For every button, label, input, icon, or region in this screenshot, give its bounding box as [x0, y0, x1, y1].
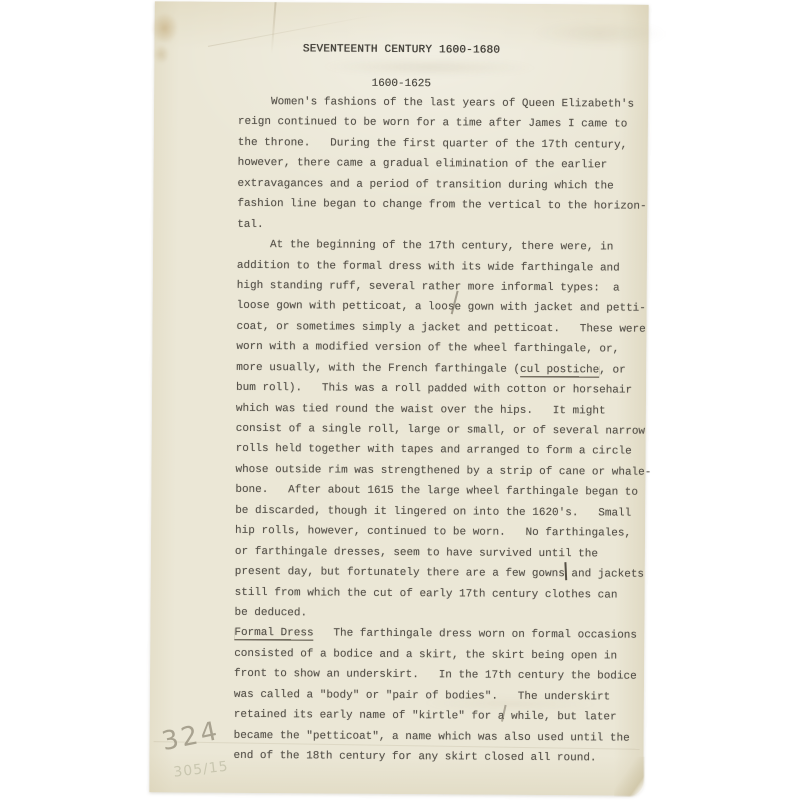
document-page: SEVENTEENTH CENTURY 1600-1680 1600-1625 …	[149, 1, 649, 795]
section-heading: 1600-1625	[371, 78, 431, 90]
typed-text-segment: , or	[599, 364, 625, 376]
typed-line: loose gown with petticoat, a loose gown …	[237, 296, 657, 319]
title-block: SEVENTEENTH CENTURY 1600-1680	[154, 37, 648, 58]
typed-line: be discarded, though it lingered on into…	[235, 501, 655, 524]
typed-line: addition to the formal dress with its wi…	[237, 255, 657, 278]
typed-line: present day, but fortunately there are a…	[235, 562, 655, 585]
underlined-phrase: Formal Dress	[234, 627, 313, 640]
typed-line: whose outside rim was strengthened by a …	[235, 460, 655, 483]
typed-line: high standing ruff, several rather more …	[237, 276, 657, 299]
typed-line: Formal Dress The farthingale dress worn …	[234, 623, 654, 646]
typed-line: however, there came a gradual eliminatio…	[238, 153, 658, 176]
typed-line: which was tied round the waist over the …	[236, 398, 656, 421]
typed-line: more usually, with the French farthingal…	[236, 358, 656, 381]
typed-line: Women's fashions of the last years of Qu…	[238, 92, 658, 115]
typed-line: or farthingale dresses, seem to have sur…	[235, 541, 655, 564]
typed-line: front to show an underskirt. In the 17th…	[234, 664, 654, 687]
typed-line: the throne. During the first quarter of …	[238, 133, 658, 156]
typed-line: be deduced.	[234, 603, 654, 626]
typed-line: rolls held together with tapes and arran…	[236, 439, 656, 462]
typed-text-segment: The farthingale dress worn on formal occ…	[314, 628, 638, 642]
pencil-faint-mark: 305/15	[173, 759, 230, 781]
typed-body: Women's fashions of the last years of Qu…	[233, 92, 658, 769]
typed-line: extravagances and a period of transition…	[237, 174, 657, 197]
typed-line: tal.	[237, 214, 657, 237]
typed-line: still from which the cut of early 17th c…	[235, 582, 655, 605]
typed-line: reign continued to be worn for a time af…	[238, 112, 658, 135]
pencil-page-number: 324	[159, 716, 222, 757]
typed-text-segment: more usually, with the French farthingal…	[236, 362, 520, 376]
typed-line: consisted of a bodice and a skirt, the s…	[234, 644, 654, 667]
document-title: SEVENTEENTH CENTURY 1600-1680	[303, 43, 500, 56]
typed-line: coat, or sometimes simply a jacket and p…	[236, 317, 656, 340]
typed-line: consist of a single roll, large or small…	[236, 419, 656, 442]
typed-line: retained its early name of "kirtle" for …	[234, 705, 654, 728]
typed-line: was called a "body" or "pair of bodies".…	[234, 685, 654, 708]
typed-line: bone. After about 1615 the large wheel f…	[235, 480, 655, 503]
typed-line: hip rolls, however, continued to be worn…	[235, 521, 655, 544]
typed-line: fashion line began to change from the ve…	[237, 194, 657, 217]
heading-block: 1600-1625	[154, 71, 648, 92]
underlined-phrase: cul postiche	[520, 364, 599, 377]
typed-line: At the beginning of the 17th century, th…	[237, 235, 657, 258]
typed-line: worn with a modified version of the whee…	[236, 337, 656, 360]
typed-line: end of the 18th century for any skirt cl…	[233, 746, 653, 769]
typed-line: became the "petticoat", a name which was…	[234, 725, 654, 748]
typed-line: bum roll). This was a roll padded with c…	[236, 378, 656, 401]
